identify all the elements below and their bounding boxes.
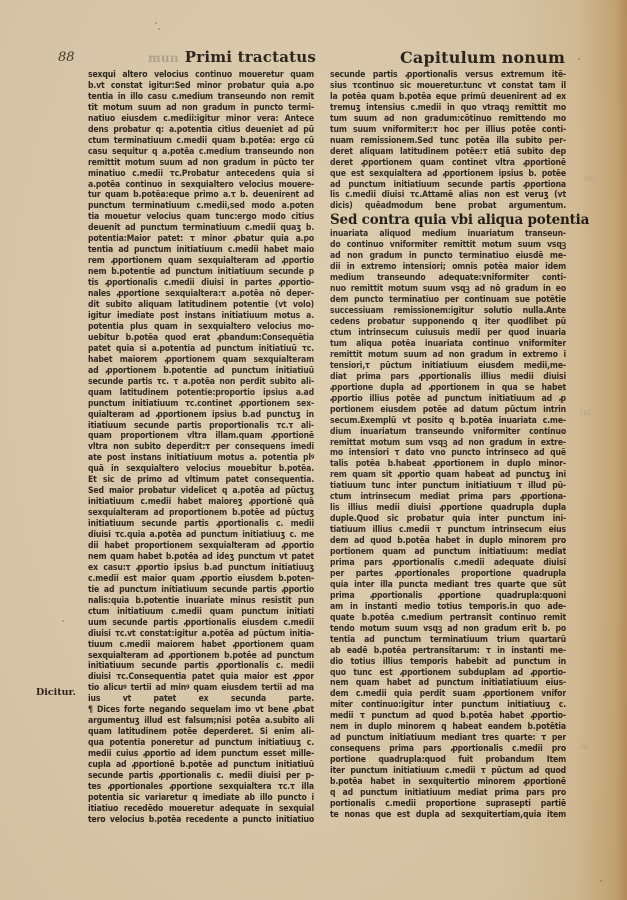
text-line: portionalis c.medii proportione suprasep… — [330, 799, 566, 810]
text-line: duple.Quod sic probatur quia inter punct… — [330, 514, 566, 525]
text-line: dii habet proportionem sexquialteram ad … — [88, 541, 314, 552]
text-line: tes ꝓportionales ꝓportione sexquialtera … — [88, 782, 314, 793]
text-line: am in instanti medio totius temporis.in … — [330, 602, 566, 613]
text-line: que est sexquialtera ad ꝓportionem ipsiu… — [330, 169, 566, 180]
text-line: tie ad punctum initiatiuum secunde parti… — [88, 585, 314, 596]
text-line: deret aliquam latitudinem potēe:τ etiā s… — [330, 147, 566, 158]
text-line: secunde partis τc. τ a.potēa non perdit … — [88, 377, 314, 388]
paper-speck — [600, 880, 602, 882]
text-line: miter continuo:igitur inter punctum init… — [330, 700, 566, 711]
text-line: dem puncto terminatiuo per continuam sue… — [330, 295, 566, 306]
text-line: secunde partis ꝓportionalis c. medii diu… — [88, 771, 314, 782]
text-line: quialteram ad ꝓportionem ipsius b.ad pun… — [88, 410, 314, 421]
text-line: uum secunde partis ꝓportionalis eiusdem … — [88, 618, 314, 629]
text-line: tensiori,τ pūctum initiatiuum eiusdem me… — [330, 361, 566, 372]
text-line: secum.Exemplū vt posito q b.potēa inuari… — [330, 416, 566, 427]
text-line: vltra non subito deperdit:τ per conseque… — [88, 442, 314, 453]
text-line: ad punctum initiatiuum mediant tres quar… — [330, 733, 566, 744]
text-line: tia mouetur velocius quam tunc:ergo modo… — [88, 212, 314, 223]
text-line: punctum initiatiuum τc.continet ꝓportion… — [88, 399, 314, 410]
text-line: ctum intrinsecum cuiusuis medii per quod… — [330, 328, 566, 339]
text-line: potentia plus quam in sexquialtero veloc… — [88, 322, 314, 333]
text-line: sexqui altero velocius continuo moueretu… — [88, 70, 314, 81]
text-line: prima pars ꝓportionalis c.medii adequate… — [330, 558, 566, 569]
text-line: ad non gradum in puncto terminatiuo eius… — [330, 251, 566, 262]
text-line: tremuʒ intensius c.medii in quo vtraqꝫ r… — [330, 103, 566, 114]
text-line: dem ad quod b.potēa habet in duplo minor… — [330, 536, 566, 547]
text-line: quate b.potēa c.medium pertransit contin… — [330, 613, 566, 624]
text-line: qua potentia poneretur ad punctum initia… — [88, 738, 314, 749]
text-line: Sed maior probatur videlicet q a.potēa a… — [88, 486, 314, 497]
text-line: quam proportionem vltra illam.quam ꝓport… — [88, 431, 314, 442]
text-line: sexquialteram ad proportionem b.potēe ad… — [88, 508, 314, 519]
text-line: potentia sic variaretur q imediate ab il… — [88, 793, 314, 804]
running-head-left-text: Primi tractatus — [185, 48, 316, 66]
text-line: nem b.potentie ad punctum initiatiuum se… — [88, 267, 314, 278]
text-line: dium inuariatum transeundo vniformiter c… — [330, 427, 566, 438]
text-line: tit motum suum ad non gradum in puncto t… — [88, 103, 314, 114]
text-line: a.potēa continuo in sexquialtero velociu… — [88, 180, 314, 191]
left-text-column: sexqui altero velocius continuo moueretu… — [88, 70, 314, 826]
text-line: nuo remittit motum suum vsqꝫ ad nō gradu… — [330, 284, 566, 295]
text-line: consequens prima pars ꝓportionalis c.med… — [330, 744, 566, 755]
bleed-through-mark: .lnI — [578, 408, 591, 417]
text-line: sexquialteram ad ꝓportionem b.potēe ad p… — [88, 651, 314, 662]
text-line: initiatiuum secunde partis ꝓportionalis … — [88, 661, 314, 672]
text-line: per partes ꝓportionales proportione quad… — [330, 569, 566, 580]
text-line: b.potēa habet in sexquitertio minorem ꝓp… — [330, 777, 566, 788]
text-line: ctum intrinsecum mediat prima pars ꝓport… — [330, 492, 566, 503]
text-line: punctum terminatiuum c.medii,sed modo a.… — [88, 201, 314, 212]
bleed-through-text: mun — [148, 51, 179, 65]
text-line: ad ꝓportionem b.potentie ad punctum init… — [88, 366, 314, 377]
folio-number: 88 — [58, 50, 75, 65]
text-line: ab eadē b.potēa pertransitarum: τ in ins… — [330, 646, 566, 657]
text-line: nem in duplo minorem q habeat eandem b.p… — [330, 722, 566, 733]
text-line: deuenit ad punctum terminatiuum c.medii … — [88, 223, 314, 234]
text-line: quo tunc est ꝓportionem subduplam ad ꝓpo… — [330, 668, 566, 679]
paper-speck — [158, 28, 160, 30]
text-line: deret ꝓportionem quam continet vltra ꝓpo… — [330, 158, 566, 169]
text-line: quā in sexquialtero velocius mouebitur b… — [88, 464, 314, 475]
text-line: tentia ad punctum initiatiuum c.medii ha… — [88, 245, 314, 256]
text-line: dem c.medii quia perdit suam ꝓportionem … — [330, 689, 566, 700]
text-line: potentia:Maior patet: τ minor ꝓbatur qui… — [88, 234, 314, 245]
text-line: secunde partis ꝓportionalis versus extre… — [330, 70, 566, 81]
text-line: do continuo vniformiter remittit motum s… — [330, 240, 566, 251]
text-line: uebitur b.potēa quod erat ꝓbandum:Conseq… — [88, 333, 314, 344]
text-line: igitur imediate post instans initiatiuum… — [88, 311, 314, 322]
paper-speck — [578, 58, 580, 60]
text-line: remittat motum sum vsqꝫ ad non gradum in… — [330, 438, 566, 449]
text-line: tero velocius b.potēa recedente a puncto… — [88, 815, 314, 826]
text-line: tiatiuum illius c.medii τ punctum intrin… — [330, 525, 566, 536]
text-line: nalis:quia b.potentie inuariate minus re… — [88, 596, 314, 607]
text-line: talis potēa b.habeat ꝓportionem in duplo… — [330, 459, 566, 470]
text-line: tum suum vniformiter:τ hoc per illius po… — [330, 125, 566, 136]
text-line: ad punctum initiatiuum secunde partis ꝓp… — [330, 180, 566, 191]
text-line: ate post instans initiatiuum motus a. po… — [88, 453, 314, 464]
text-line: la potēa quam b.potēa eque primū deuenir… — [330, 92, 566, 103]
text-line: prima ꝓportionalis ꝓportione quadrupla:q… — [330, 591, 566, 602]
text-line: remittit motum suum ad non gradum in ext… — [330, 350, 566, 361]
text-line: tentia in illo casu c.medium transeundo … — [88, 92, 314, 103]
text-line: b.vt constat igitur:Sed minor probatur q… — [88, 81, 314, 92]
marginal-note: Dicitur. — [36, 687, 76, 698]
running-head-left: munPrimi tractatus — [148, 48, 316, 66]
text-line: quam latitudinem potentie:proportio ipsi… — [88, 388, 314, 399]
running-head-right: Capitulum nonum — [400, 48, 565, 67]
text-line: diat prima pars ꝓportionalis illius medi… — [330, 372, 566, 383]
text-line: quam latitudinem potēe deperderet. Si en… — [88, 727, 314, 738]
text-line: portione quadrupla:quod fuit probandum I… — [330, 755, 566, 766]
text-line: argumentuʒ illud est falsum;nisi potēa a… — [88, 716, 314, 727]
text-line: cupla ad ꝓportionē b.potēe ad punctum in… — [88, 760, 314, 771]
text-line: tis ꝓportionalis c.medii diuisi in parte… — [88, 278, 314, 289]
text-line: rem quam sit ꝓportio quam habeat ad punc… — [330, 470, 566, 481]
right-text-column: secunde partis ꝓportionalis versus extre… — [330, 70, 566, 821]
text-line: lis illius medii diuisi ꝓportione quadru… — [330, 503, 566, 514]
text-line: medium transeundo adequate:vniformiter c… — [330, 273, 566, 284]
book-page: 88 munPrimi tractatus Capitulum nonum se… — [0, 0, 627, 900]
text-line: minatiuo c.medii τc.Probatur antecedens … — [88, 169, 314, 180]
text-line: itiatiuum secunde partis proportionalis … — [88, 421, 314, 432]
text-line: q ad punctum initiatiuum mediat prima pa… — [330, 788, 566, 799]
text-line: successiuam remissionem:igitur solutio n… — [330, 306, 566, 317]
text-line: inuariata aliquod medium inuariatum tran… — [330, 229, 566, 240]
text-line: cedens probatur supponendo q iter quodli… — [330, 317, 566, 328]
text-line: iter punctum initiatiuum c.medii τ pūctu… — [330, 766, 566, 777]
text-line: dens probatur q: a.potentia citius deuen… — [88, 125, 314, 136]
text-line: portionem quam ad punctum initiatiuum: m… — [330, 547, 566, 558]
text-line: habet maiorem ꝓportionem quam sexquialte… — [88, 355, 314, 366]
text-line: ex casu:τ ꝓportio ipsius b.ad punctum in… — [88, 563, 314, 574]
text-line: ius vt patet ex secunda parte. — [88, 694, 314, 705]
text-line: dicis) quēadmodum bene probat argumentum… — [330, 201, 566, 212]
bleed-through-mark: .ln — [578, 742, 588, 751]
text-line: sius τcontinuo sic moueretur.tunc vt con… — [330, 81, 566, 92]
text-line: te nonas que est dupla ad sexquitertiam,… — [330, 810, 566, 821]
text-line: tum suum ad non gradum:cōtinuo remittend… — [330, 114, 566, 125]
text-line: remittit motum suum ad non gradum in pūc… — [88, 158, 314, 169]
text-line: nem quam habet ad punctum initiatiatiuum… — [330, 678, 566, 689]
text-line: ꝓportione dupla ad ꝓportionem in qua se … — [330, 383, 566, 394]
text-line: dio totius illius temporis habebit ad pu… — [330, 657, 566, 668]
text-line: nuam remissionem.Sed tunc potēa illa sub… — [330, 136, 566, 147]
text-line: c.medii est maior quam ꝓportio eiusdem b… — [88, 574, 314, 585]
text-line: tio alicuꝰ tertii ad minꝰ quam eiusdem t… — [88, 683, 314, 694]
text-line: quia inter illa puncta mediant tres quar… — [330, 580, 566, 591]
text-line: diuisi τc.Consequentia patet quia maior … — [88, 672, 314, 683]
text-line: Et sic de primo ad vltimum patet consequ… — [88, 475, 314, 486]
text-line: diuisi τc.quia a.potēa ad punctum initia… — [88, 530, 314, 541]
text-line: nem quam habet b.potēa ad ideʒ punctum v… — [88, 552, 314, 563]
text-line: ctum initiatiuum c.medii quam punctum in… — [88, 607, 314, 618]
text-line: initiatiuum secunde partis ꝓportionalis … — [88, 519, 314, 530]
text-line: medii τ punctum ad quod b.potēa habet ꝓp… — [330, 711, 566, 722]
text-line: medii cuius ꝓportio ad idem punctum esse… — [88, 749, 314, 760]
text-line: ctum terminatiuum c.medii quam b.potēa: … — [88, 136, 314, 147]
text-line: lis c.medii diuisi τc.Attamē alias non e… — [330, 190, 566, 201]
text-line: tum aliqua potēa inuariata continuo vnif… — [330, 339, 566, 350]
text-line: tentia ad punctum terminatiuum trium qua… — [330, 635, 566, 646]
text-line: tur quam b.potēa:eque primo a.τ b. deuen… — [88, 190, 314, 201]
text-line: tiuum c.medii maiorem habet ꝓportionem q… — [88, 640, 314, 651]
text-line: itiatiuo recedēdo moueretur adequate in … — [88, 804, 314, 815]
text-line: initiatiuum c.medii habet maioreʒ ꝓporti… — [88, 497, 314, 508]
paper-speck — [62, 620, 64, 622]
text-line: dit subito aliquam latitudinem potentie … — [88, 300, 314, 311]
text-line: rem ꝓportionem quam sexquialteram ad ꝓpo… — [88, 256, 314, 267]
text-line: patet quia si a.potentia ad punctum init… — [88, 344, 314, 355]
text-line: ¶ Dices forte negando sequelam imo vt be… — [88, 705, 314, 716]
section-heading: Sed contra quia vbi aliqua potentia — [330, 213, 566, 228]
text-line: natiuo eiusdem c.medii:igitur minor vera… — [88, 114, 314, 125]
paper-speck — [155, 22, 157, 24]
text-line: diuisi τc.vt constat:igitur a.potēa ad p… — [88, 629, 314, 640]
text-line: tiatiuum tunc inter punctum initiatiuum … — [330, 481, 566, 492]
text-line: mo intensiori τ dato vno puncto intrinse… — [330, 448, 566, 459]
text-line: casu sequitur q a.potēa c.medium transeu… — [88, 147, 314, 158]
text-line: nales ꝓportione sexquialtera:τ a.potēa n… — [88, 289, 314, 300]
bleed-through-mark: .lni — [582, 174, 595, 183]
text-line: portionem eiusdem potēe ad datum pūctum … — [330, 405, 566, 416]
text-line: ꝓportio illius potēe ad punctum initiati… — [330, 394, 566, 405]
text-line: tendo motum suum vsqꝫ ad non gradum erit… — [330, 624, 566, 635]
text-line: dii in extremo intensiori; omnis potēa m… — [330, 262, 566, 273]
